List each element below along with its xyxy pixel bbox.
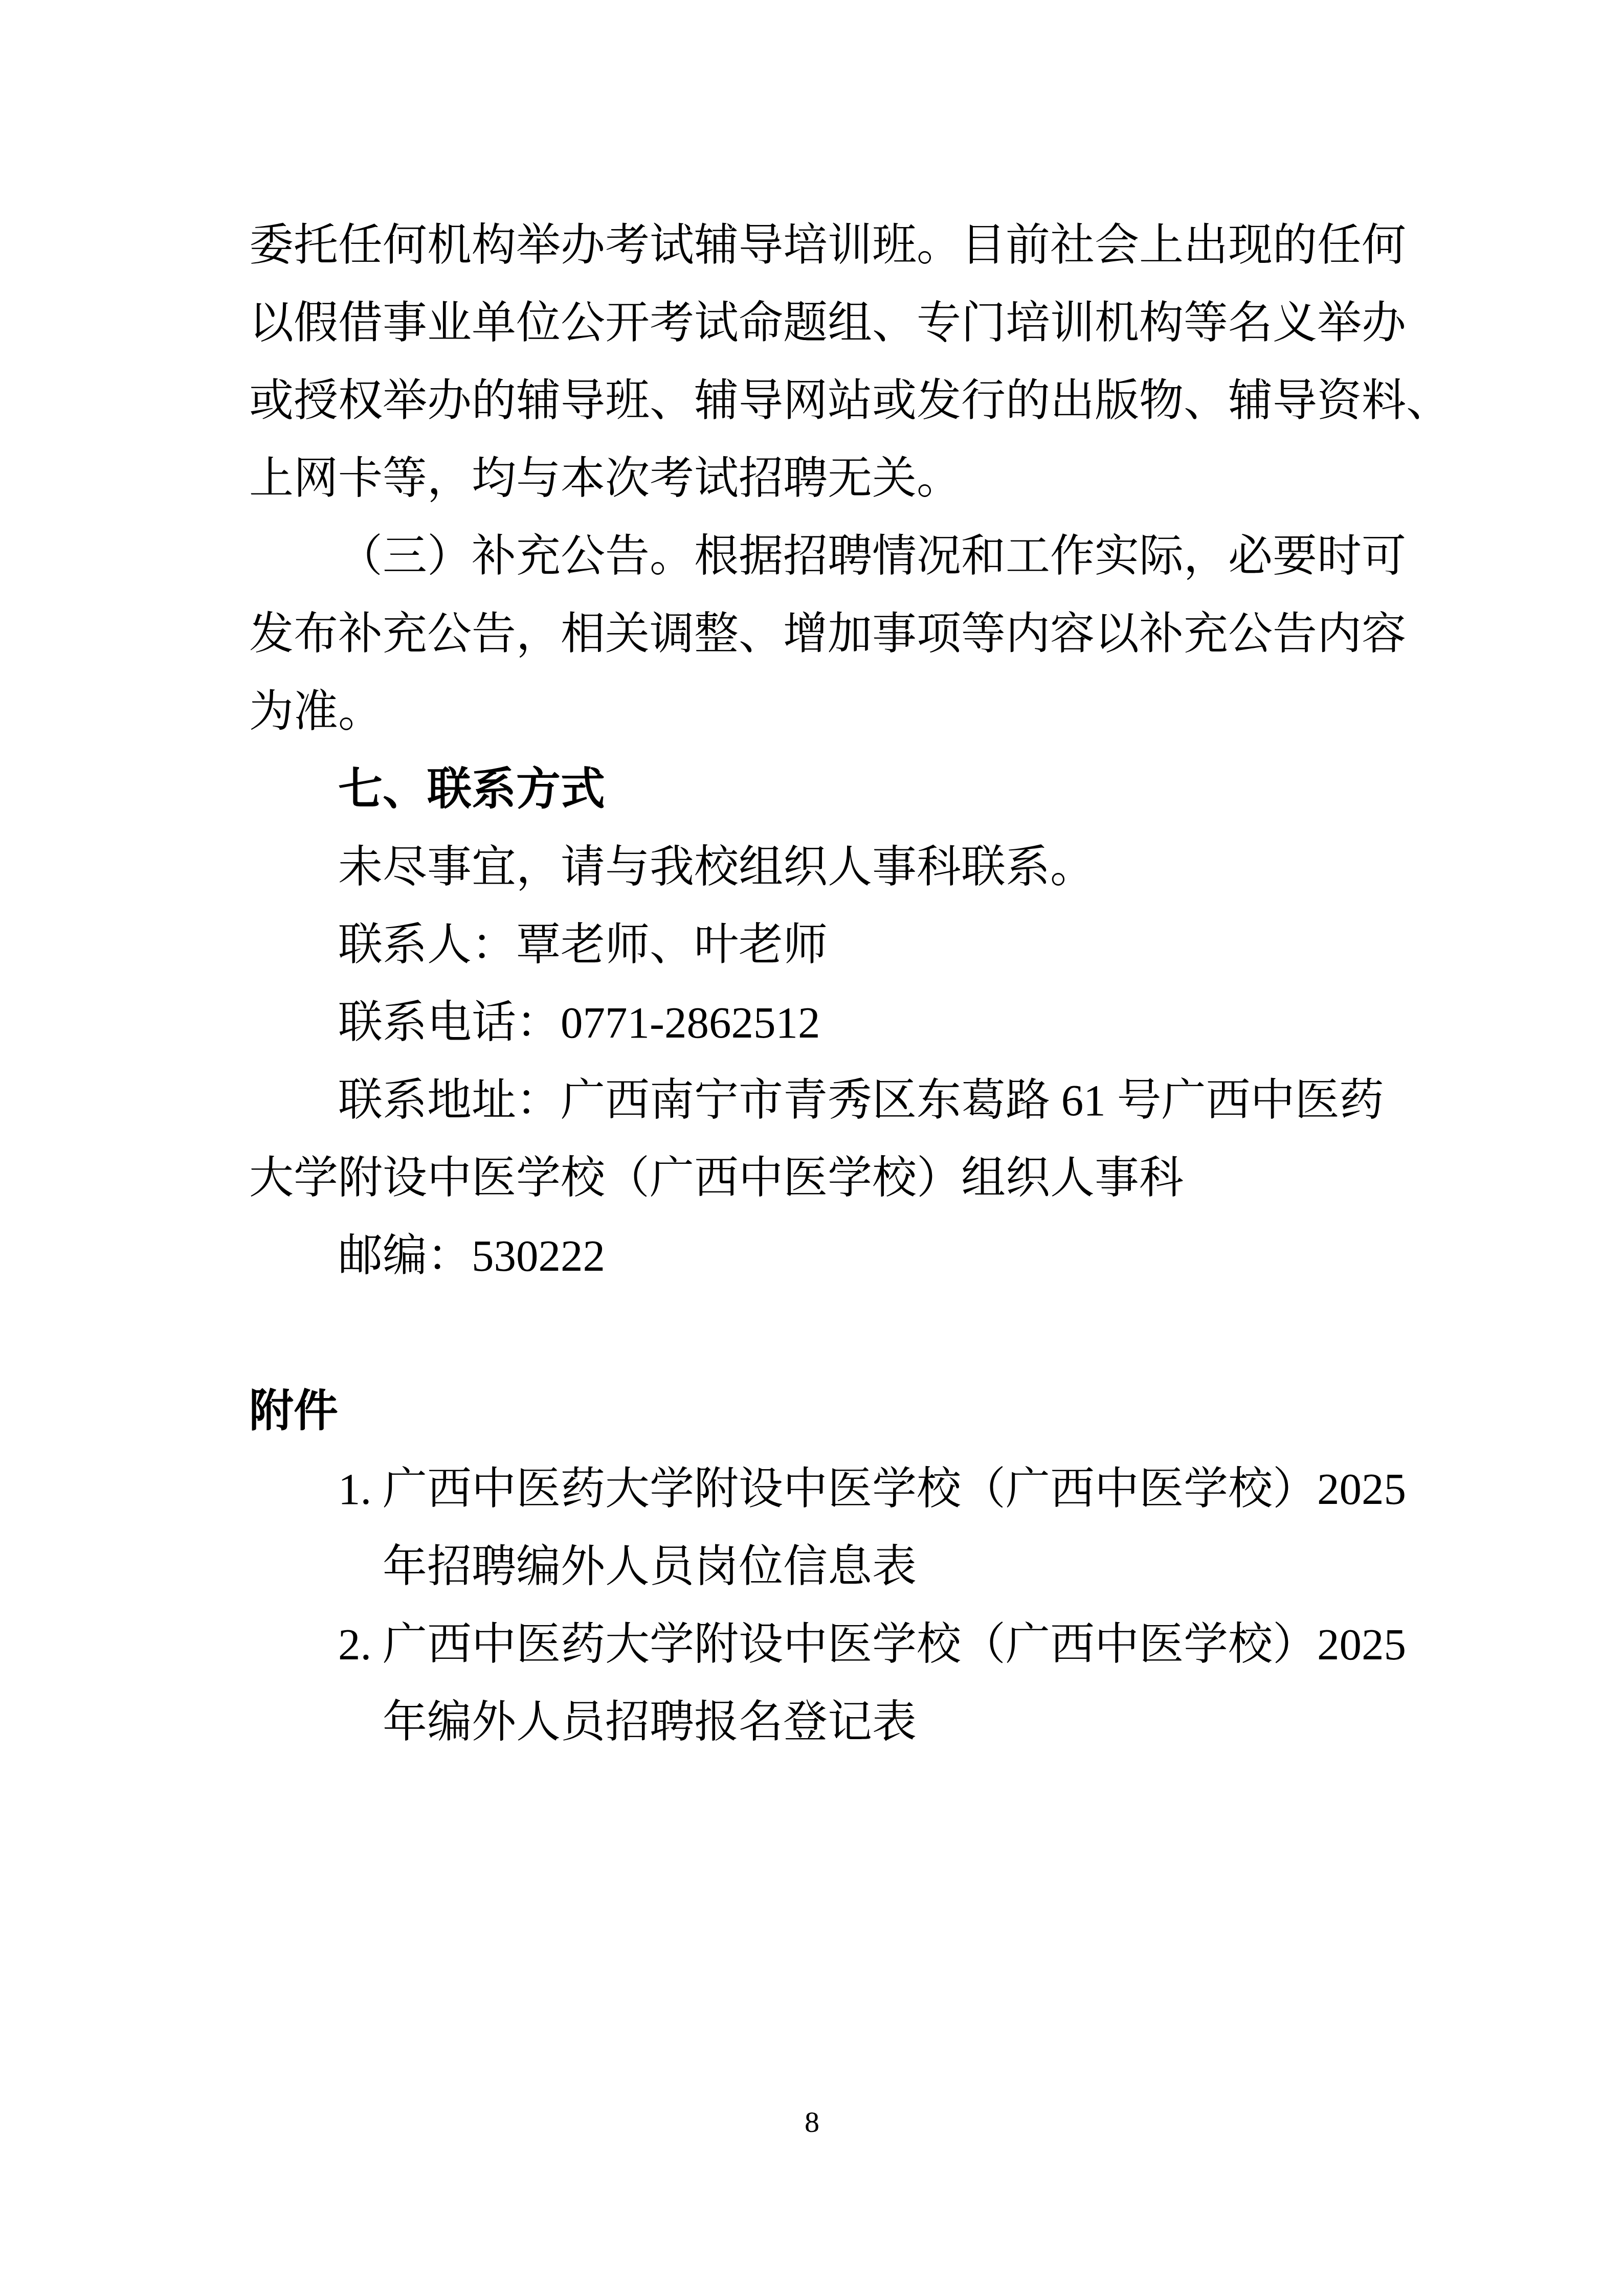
- text-line: 上网卡等，均与本次考试招聘无关。: [249, 440, 1405, 517]
- text-line: 年编外人员招聘报名登记表: [249, 1683, 1405, 1761]
- text-line: 为准。: [249, 673, 1405, 751]
- text-line: 1. 广西中医药大学附设中医学校（广西中医学校）2025: [249, 1450, 1405, 1528]
- text-line: （三）补充公告。根据招聘情况和工作实际，必要时可: [249, 517, 1405, 595]
- text-line: 2. 广西中医药大学附设中医学校（广西中医学校）2025: [249, 1606, 1405, 1683]
- document-body: 委托任何机构举办考试辅导培训班。目前社会上出现的任何以假借事业单位公开考试命题组…: [249, 207, 1405, 1761]
- text-line: 联系人：覃老师、叶老师: [249, 906, 1405, 984]
- document-page: 委托任何机构举办考试辅导培训班。目前社会上出现的任何以假借事业单位公开考试命题组…: [0, 0, 1624, 2296]
- text-line: 未尽事宜，请与我校组织人事科联系。: [249, 828, 1405, 906]
- text-line: 年招聘编外人员岗位信息表: [249, 1528, 1405, 1606]
- text-line: 联系地址：广西南宁市青秀区东葛路 61 号广西中医药: [249, 1062, 1405, 1139]
- text-line: [249, 1295, 1405, 1372]
- page-number: 8: [0, 2106, 1624, 2139]
- text-line: 七、联系方式: [249, 751, 1405, 828]
- text-line: 大学附设中医学校（广西中医学校）组织人事科: [249, 1139, 1405, 1217]
- text-line: 邮编：530222: [249, 1217, 1405, 1295]
- text-line: 或授权举办的辅导班、辅导网站或发行的出版物、辅导资料、: [249, 362, 1405, 440]
- text-line: 委托任何机构举办考试辅导培训班。目前社会上出现的任何: [249, 207, 1405, 284]
- text-line: 附件: [249, 1372, 1405, 1450]
- text-line: 以假借事业单位公开考试命题组、专门培训机构等名义举办: [249, 284, 1405, 362]
- text-line: 发布补充公告，相关调整、增加事项等内容以补充公告内容: [249, 595, 1405, 673]
- text-line: 联系电话：0771-2862512: [249, 984, 1405, 1062]
